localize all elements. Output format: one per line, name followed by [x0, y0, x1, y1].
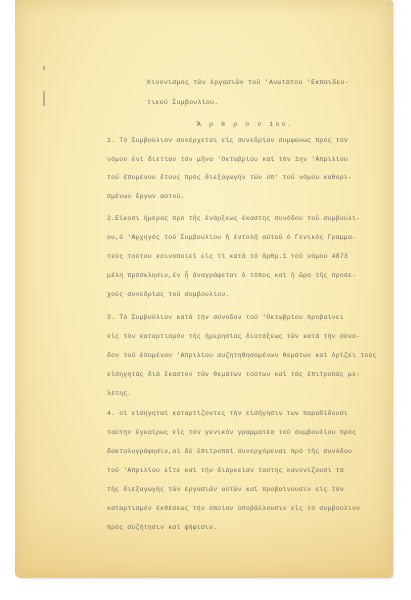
margin-mark-top [43, 66, 45, 70]
document-title-line-2: τικοῦ Συμβουλίου. [147, 98, 219, 108]
paragraph-line: 1. Τό Συμβούλιον συνέρχεται εἰς συνεδρία… [107, 136, 348, 146]
paragraph-line: 4. οἱ εἰσηγηταί καταρτίζοντες τήν εἰσήγη… [107, 409, 348, 419]
paragraph-line: εἰσηγητάς διά ἕκαστον τῶν θεμάτων τούτων… [107, 370, 360, 380]
paragraph-line: καταρτισμόν ἐκθέσεως τήν ὁποίαν ὑποβάλλο… [107, 504, 360, 514]
paragraph-line: 2.Εἰκοσι ἡμέρας πρό τῆς ἐνάρξεως ἑκάστης… [107, 214, 360, 224]
paragraph-line: 3. Τό Συμβούλιον κατά τήν σύνοδον τοῦ 'Ο… [107, 313, 344, 323]
paragraph-line: πρός συζήτησιν καί ψήφισιν. [107, 523, 217, 533]
paragraph-line: χοῦς συνεδρίας τοῦ συμβουλίου. [107, 290, 230, 300]
paragraph-line: μέλη πρόσκλησιν,ἐν ᾗ ἀναγράφεται ὁ τόπος… [107, 271, 356, 281]
paragraph-line: τεύς τούτου κοινοποιεῖ εἰς τί κατά τό ἄρ… [107, 252, 348, 262]
margin-mark-bottom [43, 91, 45, 106]
paragraph-line: ταύτην ἐγκαίρως εἰς τόν γενικόν γραμματέ… [107, 428, 356, 438]
paragraph-line: τῆς διεξαγωγῆς τῶν ἐργασιῶν αὐτῶν καί πρ… [107, 485, 344, 495]
paragraph-line: δον τοῦ ἐπομένου 'Απριλίου συζητηθησομέν… [107, 351, 377, 361]
paragraph-line: δακτυλογράφησιν,αἱ δέ ἐπιτροπαί συνερχόμ… [107, 447, 352, 457]
document-title-line-1: Κινονισμός τῶν ἐργασιῶν τοῦ 'Ανωτάτου 'Ε… [147, 78, 349, 88]
paragraph-line: εἰς τόν καταρτισμόν τῆς ἡμερησίας διατάξ… [107, 332, 360, 342]
paragraph-line: λέτης. [107, 389, 132, 399]
paragraph-line: τοῦ ἐπομένου ἔτους πρός διεξαγωγήν τῶν ὑ… [107, 173, 352, 183]
paragraph-line: ου,ὁ 'Αρχηγός τοῦ Συμβουλίου ἤ ἐντολῇ αὐ… [107, 233, 356, 243]
paragraph-line: νόμον ἐνί διετίαν τόν μῆνα 'Οκτωβρίου κα… [107, 155, 348, 165]
article-heading: Ἄ ρ θ ρ ο ν 1ον. [197, 120, 294, 130]
paragraph-line: σμένων ἔργων αὐτοῦ. [107, 192, 185, 202]
paragraph-line: τοῦ 'Απριλίου εἴτε καί τήν διάρκειαν ταύ… [107, 466, 344, 476]
